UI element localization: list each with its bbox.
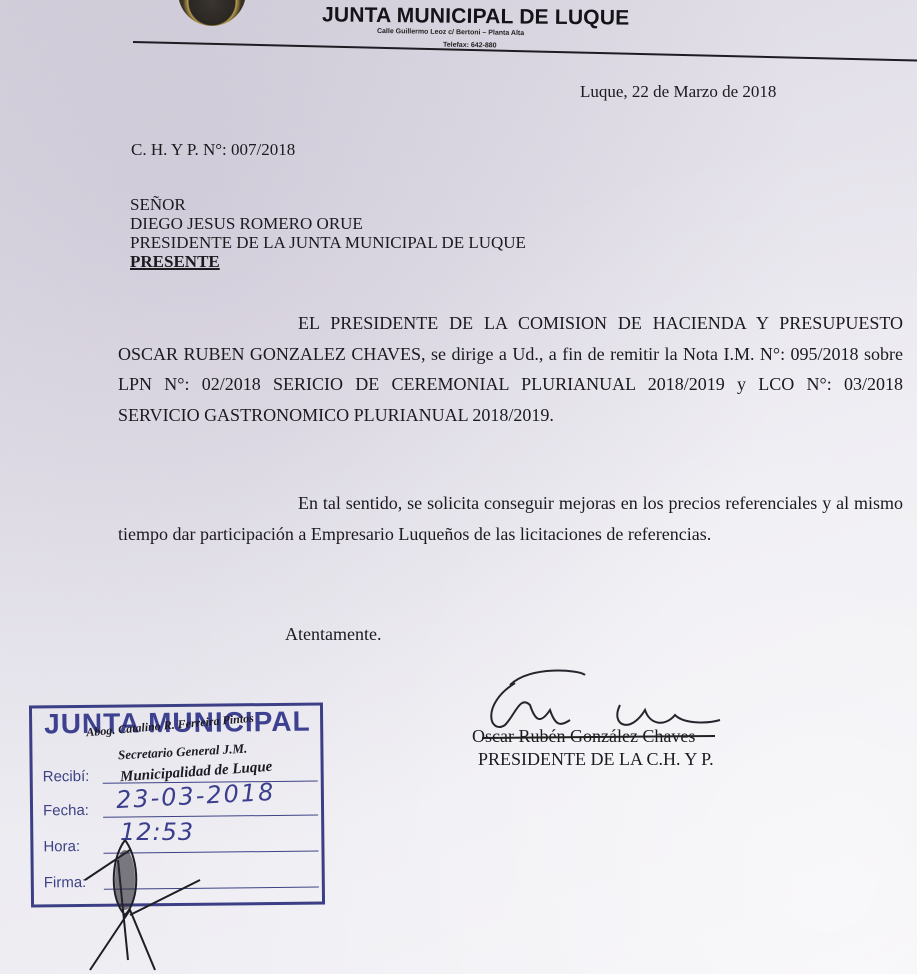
closing: Atentamente.: [285, 624, 381, 645]
letterhead-address: Calle Guillermo Leoz c/ Bertoni – Planta…: [377, 28, 524, 37]
body-paragraph-1-text: EL PRESIDENTE DE LA COMISION DE HACIENDA…: [118, 313, 903, 425]
addressee-name: DIEGO JESUS ROMERO ORUE: [130, 214, 526, 233]
addressee-presente: PRESENTE: [130, 252, 526, 271]
reference-number: C. H. Y P. N°: 007/2018: [131, 140, 295, 160]
signer-title: PRESIDENTE DE LA C.H. Y P.: [478, 749, 714, 770]
letterhead-divider: [133, 41, 917, 62]
stamp-date-row: Fecha:: [43, 802, 89, 819]
place-date: Luque, 22 de Marzo de 2018: [580, 82, 776, 102]
body-paragraph-2: En tal sentido, se solicita conseguir me…: [118, 488, 903, 549]
addressee-salutation: SEÑOR: [130, 195, 526, 214]
stamp-received-row: Recibí:: [43, 768, 90, 785]
signer-name: Oscar Rubén González Chaves: [472, 726, 695, 747]
body-paragraph-2-text: En tal sentido, se solicita conseguir me…: [118, 493, 903, 544]
stamp-received-label: Recibí:: [43, 768, 90, 785]
addressee-block: SEÑOR DIEGO JESUS ROMERO ORUE PRESIDENTE…: [130, 195, 526, 271]
addressee-position: PRESIDENTE DE LA JUNTA MUNICIPAL DE LUQU…: [130, 233, 526, 252]
municipal-crest-icon: [178, 0, 246, 26]
letterhead-title: JUNTA MUNICIPAL DE LUQUE: [322, 3, 630, 30]
receiver-signature-icon: [70, 820, 230, 974]
stamp-date-label: Fecha:: [43, 802, 89, 819]
body-paragraph-1: EL PRESIDENTE DE LA COMISION DE HACIENDA…: [118, 308, 903, 430]
